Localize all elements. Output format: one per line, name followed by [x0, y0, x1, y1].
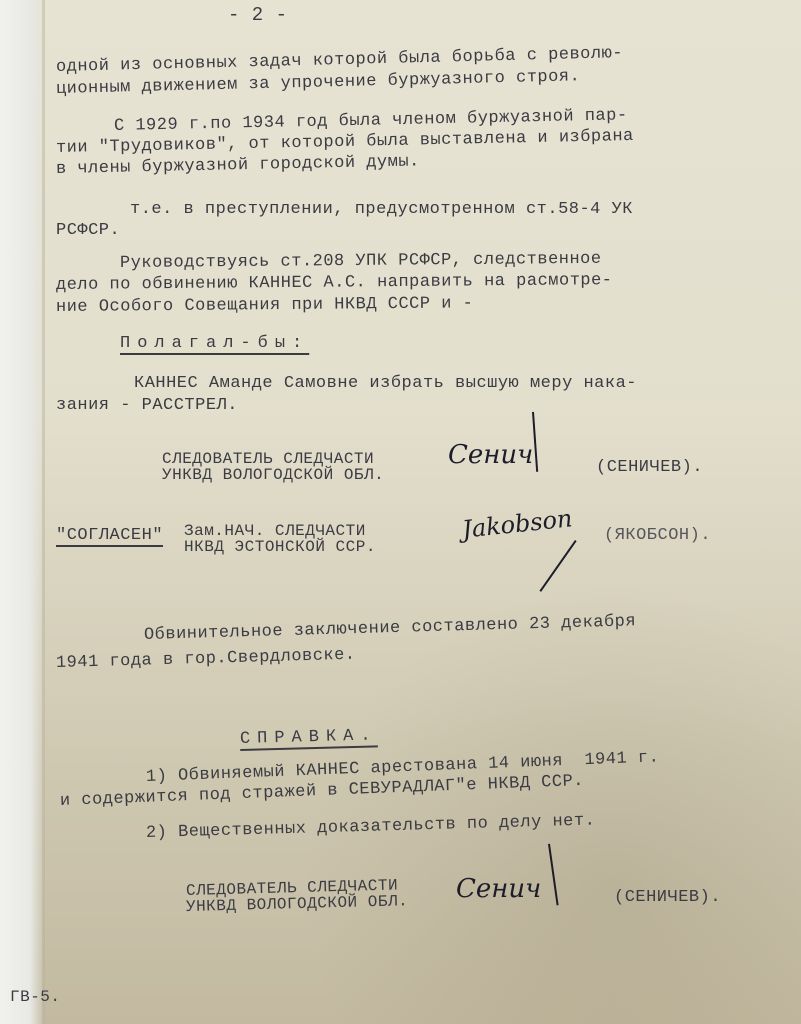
handwritten-signature: Сенич — [448, 440, 533, 470]
text-line: ние Особого Совещания при НКВД СССР и - — [56, 294, 474, 317]
paper-shadow — [300, 580, 801, 1024]
paper-edge — [42, 0, 45, 1024]
handwritten-signature: Jakobson — [461, 504, 574, 543]
text-line: РСФСР. — [56, 221, 120, 240]
heading-note: СПРАВКА. — [240, 726, 378, 749]
text-line: дело по обвинению КАННЕС А.С. направить … — [56, 271, 613, 295]
signatory-title: НКВД ЭСТОНСКОЙ ССР. — [184, 538, 376, 556]
document-page: - 2 - одной из основных задач которой бы… — [0, 0, 801, 1024]
text-line: Руководствуясь ст.208 УПК РСФСР, следств… — [120, 250, 602, 273]
signatory-name: (СЕНИЧЕВ). — [614, 888, 721, 907]
page-number: - 2 - — [228, 4, 288, 26]
approval-label: "СОГЛАСЕН" — [56, 526, 163, 545]
text-line: зания - РАССТРЕЛ. — [56, 396, 238, 415]
signatory-name: (ЯКОБСОН). — [604, 526, 711, 545]
signatory-name: (СЕНИЧЕВ). — [596, 458, 703, 477]
footer-code: ГВ-5. — [10, 988, 61, 1006]
handwritten-signature: Сенич — [456, 874, 541, 904]
text-line: т.е. в преступлении, предусмотренном ст.… — [130, 200, 633, 219]
heading-proposal: Полагал-бы: — [120, 334, 309, 353]
text-line: КАННЕС Аманде Самовне избрать высшую мер… — [134, 374, 637, 393]
signatory-title: УНКВД ВОЛОГОДСКОЙ ОБЛ. — [162, 466, 384, 484]
